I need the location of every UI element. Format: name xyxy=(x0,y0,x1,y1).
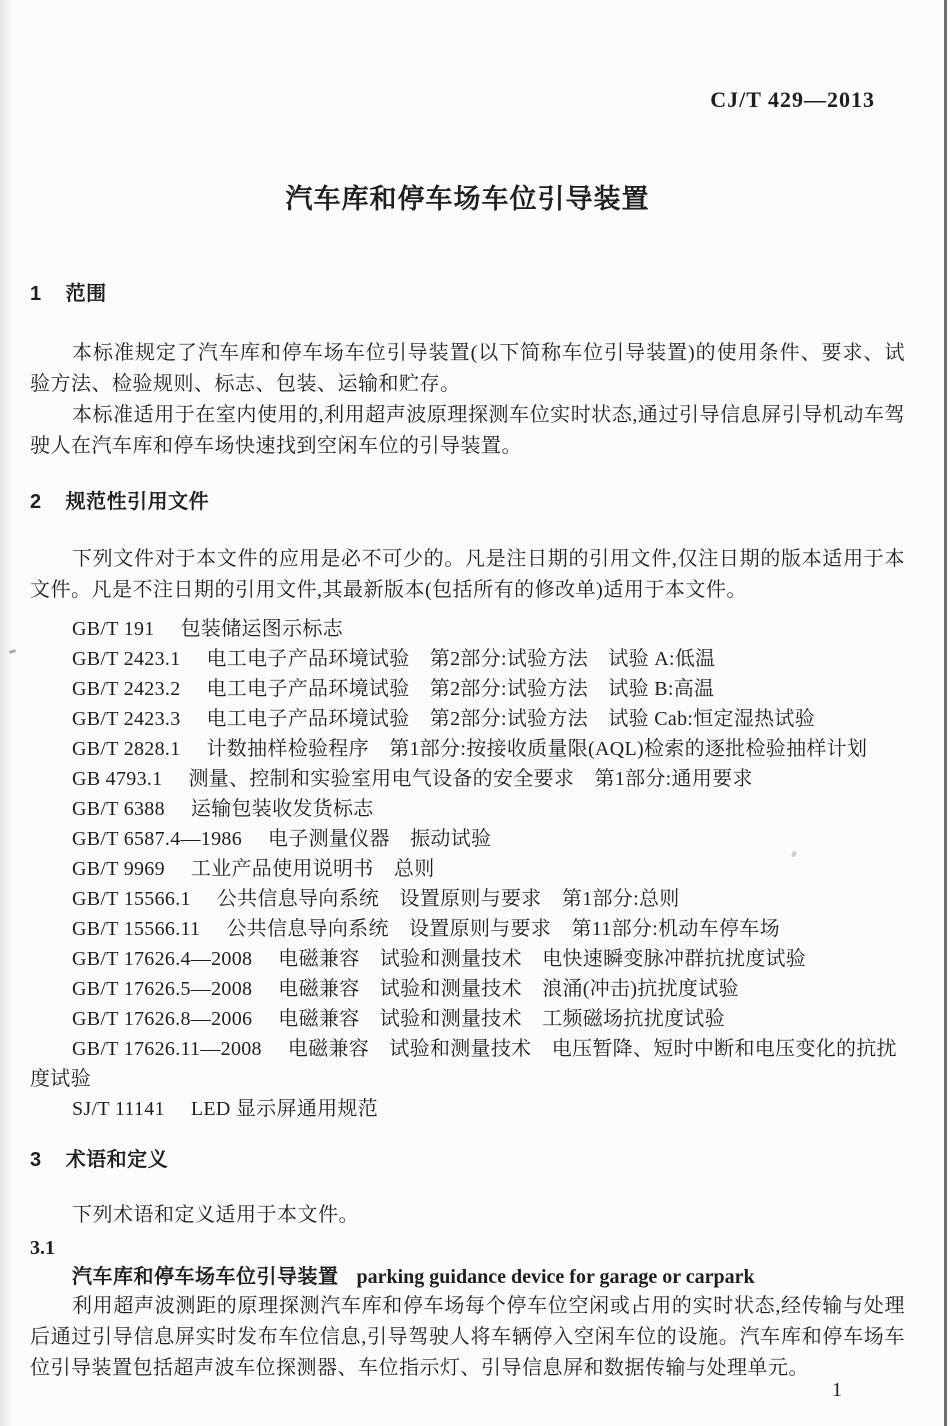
reference-desc: 电磁兼容 试验和测量技术 电快速瞬变脉冲群抗扰度试验 xyxy=(278,948,806,970)
reference-code: GB/T 2423.2 xyxy=(72,674,181,704)
reference-desc: 电工电子产品环境试验 第2部分:试验方法 试验 A:低温 xyxy=(207,648,716,670)
reference-desc: 计数抽样检验程序 第1部分:按接收质量限(AQL)检索的逐批检验抽样计划 xyxy=(207,738,868,760)
reference-desc: 公共信息导向系统 设置原则与要求 第1部分:总则 xyxy=(217,888,680,910)
reference-code: GB/T 17626.11—2008 xyxy=(72,1034,262,1064)
reference-desc: 工业产品使用说明书 总则 xyxy=(191,858,435,880)
reference-item: GB/T 17626.11—2008电磁兼容 试验和测量技术 电压暂降、短时中断… xyxy=(30,1034,905,1094)
reference-item: GB 4793.1测量、控制和实验室用电气设备的安全要求 第1部分:通用要求 xyxy=(30,764,905,794)
reference-item: GB/T 17626.4—2008电磁兼容 试验和测量技术 电快速瞬变脉冲群抗扰… xyxy=(30,944,905,974)
reference-code: GB/T 2828.1 xyxy=(72,734,181,764)
reference-item: GB/T 17626.8—2006电磁兼容 试验和测量技术 工频磁场抗扰度试验 xyxy=(30,1004,905,1034)
reference-desc: 电子测量仪器 振动试验 xyxy=(268,828,491,850)
reference-desc: 电工电子产品环境试验 第2部分:试验方法 试验 Cab:恒定湿热试验 xyxy=(207,708,816,730)
reference-code: GB/T 15566.11 xyxy=(72,914,200,944)
reference-code: GB 4793.1 xyxy=(72,764,162,794)
reference-item: GB/T 2423.3电工电子产品环境试验 第2部分:试验方法 试验 Cab:恒… xyxy=(30,704,905,734)
reference-item: GB/T 191包装储运图示标志 xyxy=(30,614,905,644)
references-list: GB/T 191包装储运图示标志 GB/T 2423.1电工电子产品环境试验 第… xyxy=(30,614,905,1124)
reference-desc: 包装储运图示标志 xyxy=(181,618,343,640)
document-title: 汽车库和停车场车位引导装置 xyxy=(30,178,905,220)
section-label: 范围 xyxy=(66,283,107,305)
reference-code: GB/T 15566.1 xyxy=(72,884,191,914)
reference-code: SJ/T 11141 xyxy=(72,1094,165,1124)
reference-code: GB/T 6587.4—1986 xyxy=(72,824,242,854)
section-label: 规范性引用文件 xyxy=(66,491,210,513)
reference-item: SJ/T 11141LED 显示屏通用规范 xyxy=(30,1094,905,1124)
reference-item: GB/T 2423.2电工电子产品环境试验 第2部分:试验方法 试验 B:高温 xyxy=(30,674,905,704)
terms-intro: 下列术语和定义适用于本文件。 xyxy=(30,1200,905,1231)
reference-item: GB/T 15566.1公共信息导向系统 设置原则与要求 第1部分:总则 xyxy=(30,884,905,914)
reference-code: GB/T 9969 xyxy=(72,854,165,884)
section-scope-heading: 1范围 xyxy=(30,282,905,306)
term-entry-number: 3.1 xyxy=(30,1235,905,1261)
reference-desc: 公共信息导向系统 设置原则与要求 第11部分:机动车停车场 xyxy=(226,918,780,940)
reference-item: GB/T 6388运输包装收发货标志 xyxy=(30,794,905,824)
normative-intro: 下列文件对于本文件的应用是必不可少的。凡是注日期的引用文件,仅注日期的版本适用于… xyxy=(30,544,905,606)
reference-desc: 电磁兼容 试验和测量技术 浪涌(冲击)抗扰度试验 xyxy=(278,978,739,1000)
section-terms-heading: 3术语和定义 xyxy=(30,1148,905,1172)
section-number: 1 xyxy=(30,282,42,306)
term-name-en: parking guidance device for garage or ca… xyxy=(357,1266,755,1288)
page-content: CJ/T 429—2013 汽车库和停车场车位引导装置 1范围 本标准规定了汽车… xyxy=(0,88,950,1384)
term-name-zh: 汽车库和停车场车位引导装置 xyxy=(72,1266,339,1288)
reference-code: GB/T 17626.8—2006 xyxy=(72,1004,252,1034)
reference-code: GB/T 17626.4—2008 xyxy=(72,944,252,974)
section-label: 术语和定义 xyxy=(66,1149,169,1171)
term-entry-title: 汽车库和停车场车位引导装置parking guidance device for… xyxy=(30,1263,905,1291)
term-definition: 利用超声波测距的原理探测汽车库和停车场每个停车位空闲或占用的实时状态,经传输与处… xyxy=(30,1291,905,1384)
reference-desc: LED 显示屏通用规范 xyxy=(191,1098,378,1120)
reference-desc: 测量、控制和实验室用电气设备的安全要求 第1部分:通用要求 xyxy=(188,768,752,790)
section-number: 3 xyxy=(30,1148,42,1172)
scope-paragraph-1: 本标准规定了汽车库和停车场车位引导装置(以下简称车位引导装置)的使用条件、要求、… xyxy=(30,338,905,400)
reference-item: GB/T 6587.4—1986电子测量仪器 振动试验 xyxy=(30,824,905,854)
reference-item: GB/T 2828.1计数抽样检验程序 第1部分:按接收质量限(AQL)检索的逐… xyxy=(30,734,905,764)
reference-code: GB/T 2423.3 xyxy=(72,704,181,734)
reference-desc: 电工电子产品环境试验 第2部分:试验方法 试验 B:高温 xyxy=(207,678,715,700)
reference-code: GB/T 191 xyxy=(72,614,155,644)
reference-item: GB/T 2423.1电工电子产品环境试验 第2部分:试验方法 试验 A:低温 xyxy=(30,644,905,674)
section-normative-heading: 2规范性引用文件 xyxy=(30,490,905,514)
reference-code: GB/T 17626.5—2008 xyxy=(72,974,252,1004)
document-page: CJ/T 429—2013 汽车库和停车场车位引导装置 1范围 本标准规定了汽车… xyxy=(0,0,950,1426)
reference-desc: 运输包装收发货标志 xyxy=(191,798,374,820)
reference-code: GB/T 6388 xyxy=(72,794,165,824)
scope-paragraph-2: 本标准适用于在室内使用的,利用超声波原理探测车位实时状态,通过引导信息屏引导机动… xyxy=(30,400,905,462)
section-number: 2 xyxy=(30,490,42,514)
reference-item: GB/T 15566.11公共信息导向系统 设置原则与要求 第11部分:机动车停… xyxy=(30,914,905,944)
reference-code: GB/T 2423.1 xyxy=(72,644,181,674)
reference-item: GB/T 17626.5—2008电磁兼容 试验和测量技术 浪涌(冲击)抗扰度试… xyxy=(30,974,905,1004)
reference-item: GB/T 9969工业产品使用说明书 总则 xyxy=(30,854,905,884)
page-number: 1 xyxy=(832,1378,842,1402)
reference-desc: 电磁兼容 试验和测量技术 工频磁场抗扰度试验 xyxy=(278,1008,725,1030)
header-standard-code: CJ/T 429—2013 xyxy=(30,88,875,112)
